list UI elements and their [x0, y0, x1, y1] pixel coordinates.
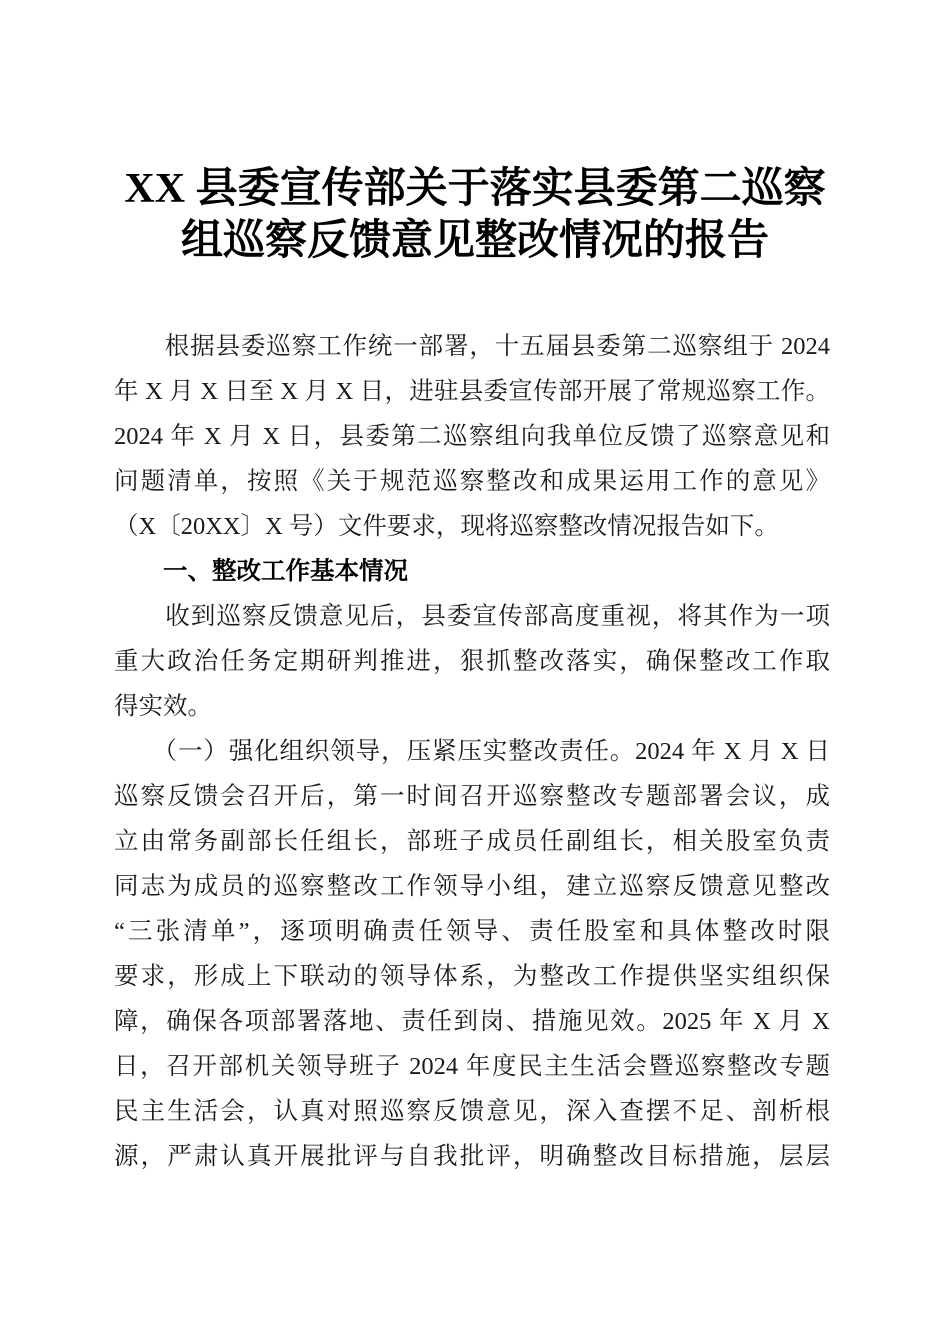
item1-paragraph: （一）强化组织领导，压紧压实整改责任。2024 年 X 月 X 日 巡察反馈会召… — [114, 729, 830, 1179]
section-heading-1: 一、整改工作基本情况 — [114, 549, 830, 594]
text-line: 根据县委巡察工作统一部署，十五届县委第二巡察组于 2024 — [114, 324, 830, 369]
intro-paragraph: 根据县委巡察工作统一部署，十五届县委第二巡察组于 2024 年 X 月 X 日至… — [114, 324, 830, 549]
text-line: 要求，形成上下联动的领导体系，为整改工作提供坚实组织保 — [114, 954, 830, 999]
overview-paragraph: 收到巡察反馈意见后，县委宣传部高度重视，将其作为一项 重大政治任务定期研判推进，… — [114, 594, 830, 729]
text-line: 同志为成员的巡察整改工作领导小组，建立巡察反馈意见整改 — [114, 864, 830, 909]
text-line: 重大政治任务定期研判推进，狠抓整改落实，确保整改工作取 — [114, 639, 830, 684]
text-line: 得实效。 — [114, 684, 830, 729]
document-page: XX 县委宣传部关于落实县委第二巡察 组巡察反馈意见整改情况的报告 根据县委巡察… — [0, 0, 950, 1344]
text-line: （X〔20XX〕X 号）文件要求，现将巡察整改情况报告如下。 — [114, 504, 830, 549]
text-line: 问题清单，按照《关于规范巡察整改和成果运用工作的意见》 — [114, 459, 830, 504]
document-title: XX 县委宣传部关于落实县委第二巡察 组巡察反馈意见整改情况的报告 — [0, 163, 950, 267]
text-line: “三张清单”，逐项明确责任领导、责任股室和具体整改时限 — [114, 909, 830, 954]
text-line: 收到巡察反馈意见后，县委宣传部高度重视，将其作为一项 — [114, 594, 830, 639]
text-line: （一）强化组织领导，压紧压实整改责任。2024 年 X 月 X 日 — [114, 729, 830, 774]
text-line: 障，确保各项部署落地、责任到岗、措施见效。2025 年 X 月 X — [114, 999, 830, 1044]
text-line: 源，严肃认真开展批评与自我批评，明确整改目标措施，层层 — [114, 1134, 830, 1179]
text-line: 巡察反馈会召开后，第一时间召开巡察整改专题部署会议，成 — [114, 774, 830, 819]
text-line: 日，召开部机关领导班子 2024 年度民主生活会暨巡察整改专题 — [114, 1044, 830, 1089]
title-line-2: 组巡察反馈意见整改情况的报告 — [0, 215, 950, 267]
text-line: 民主生活会，认真对照巡察反馈意见，深入查摆不足、剖析根 — [114, 1089, 830, 1134]
document-body: 根据县委巡察工作统一部署，十五届县委第二巡察组于 2024 年 X 月 X 日至… — [114, 324, 830, 1179]
title-line-1: XX 县委宣传部关于落实县委第二巡察 — [0, 163, 950, 215]
text-line: 年 X 月 X 日至 X 月 X 日，进驻县委宣传部开展了常规巡察工作。 — [114, 369, 830, 414]
text-line: 立由常务副部长任组长，部班子成员任副组长，相关股室负责 — [114, 819, 830, 864]
text-line: 2024 年 X 月 X 日，县委第二巡察组向我单位反馈了巡察意见和 — [114, 414, 830, 459]
